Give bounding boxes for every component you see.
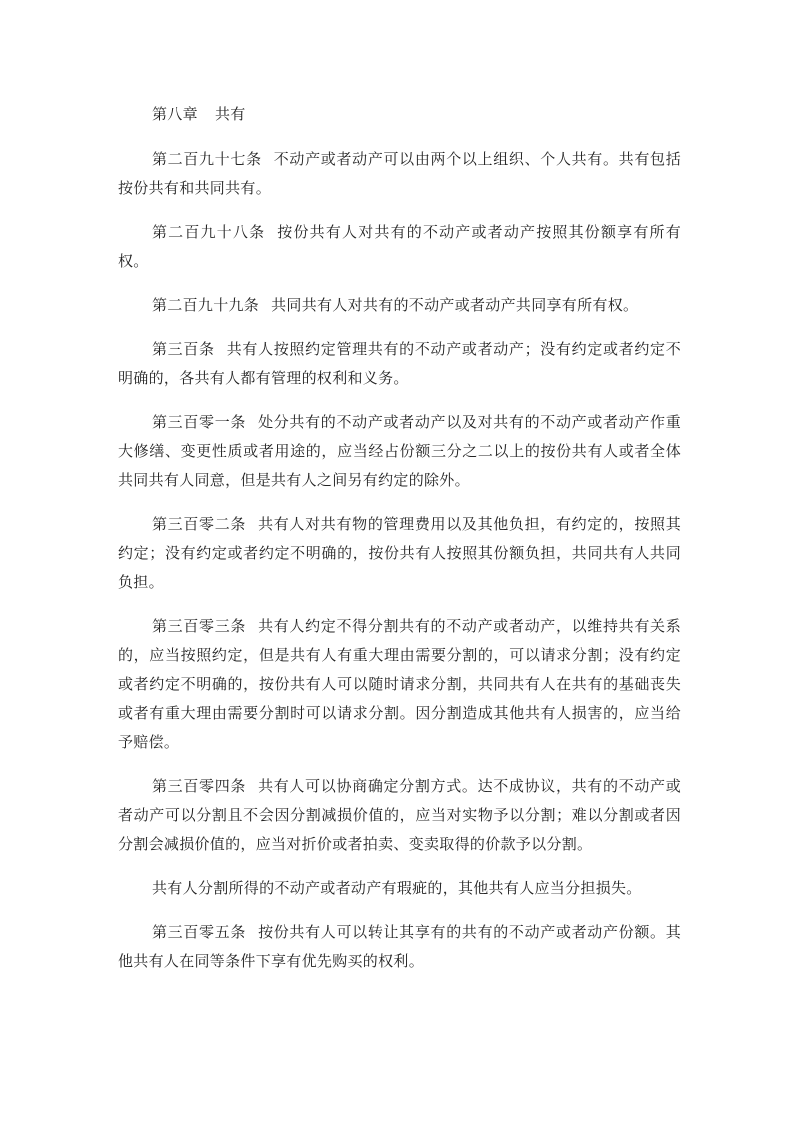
- article-305: 第三百零五条按份共有人可以转让其享有的共有的不动产或者动产份额。其他共有人在同等…: [118, 918, 681, 976]
- article-300: 第三百条共有人按照约定管理共有的不动产或者动产；没有约定或者约定不明确的，各共有…: [118, 335, 681, 393]
- article-299: 第二百九十九条共同共有人对共有的不动产或者动产共同享有所有权。: [118, 291, 681, 320]
- article-number: 第三百零二条: [152, 515, 246, 533]
- article-text: 共有人分割所得的不动产或者动产有瑕疵的，其他共有人应当分担损失。: [152, 879, 642, 897]
- chapter-number: 第八章: [152, 105, 198, 123]
- document-page: 第八章 共有 第二百九十七条不动产或者动产可以由两个以上组织、个人共有。共有包括…: [118, 100, 681, 991]
- article-number: 第三百零一条: [152, 413, 246, 431]
- article-number: 第二百九十七条: [152, 150, 262, 168]
- article-304-paragraph-2: 共有人分割所得的不动产或者动产有瑕疵的，其他共有人应当分担损失。: [118, 874, 681, 903]
- article-number: 第三百零五条: [152, 923, 246, 941]
- article-298: 第二百九十八条按份共有人对共有的不动产或者动产按照其份额享有所有权。: [118, 218, 681, 276]
- article-303: 第三百零三条共有人约定不得分割共有的不动产或者动产，以维持共有关系的，应当按照约…: [118, 612, 681, 757]
- chapter-heading: 第八章 共有: [118, 100, 681, 129]
- article-text: 共同共有人对共有的不动产或者动产共同享有所有权。: [271, 296, 638, 314]
- article-number: 第三百零四条: [152, 777, 246, 795]
- article-301: 第三百零一条处分共有的不动产或者动产以及对共有的不动产或者动产作重大修缮、变更性…: [118, 408, 681, 495]
- article-text: 共有人约定不得分割共有的不动产或者动产，以维持共有关系的，应当按照约定，但是共有…: [118, 617, 681, 751]
- article-302: 第三百零二条共有人对共有物的管理费用以及其他负担，有约定的，按照其约定；没有约定…: [118, 510, 681, 597]
- article-297: 第二百九十七条不动产或者动产可以由两个以上组织、个人共有。共有包括按份共有和共同…: [118, 145, 681, 203]
- chapter-title: 共有: [215, 105, 246, 123]
- article-304: 第三百零四条共有人可以协商确定分割方式。达不成协议，共有的不动产或者动产可以分割…: [118, 772, 681, 859]
- article-number: 第二百九十九条: [152, 296, 259, 314]
- article-number: 第三百零三条: [152, 617, 246, 635]
- article-number: 第二百九十八条: [152, 223, 265, 241]
- article-number: 第三百条: [152, 340, 215, 358]
